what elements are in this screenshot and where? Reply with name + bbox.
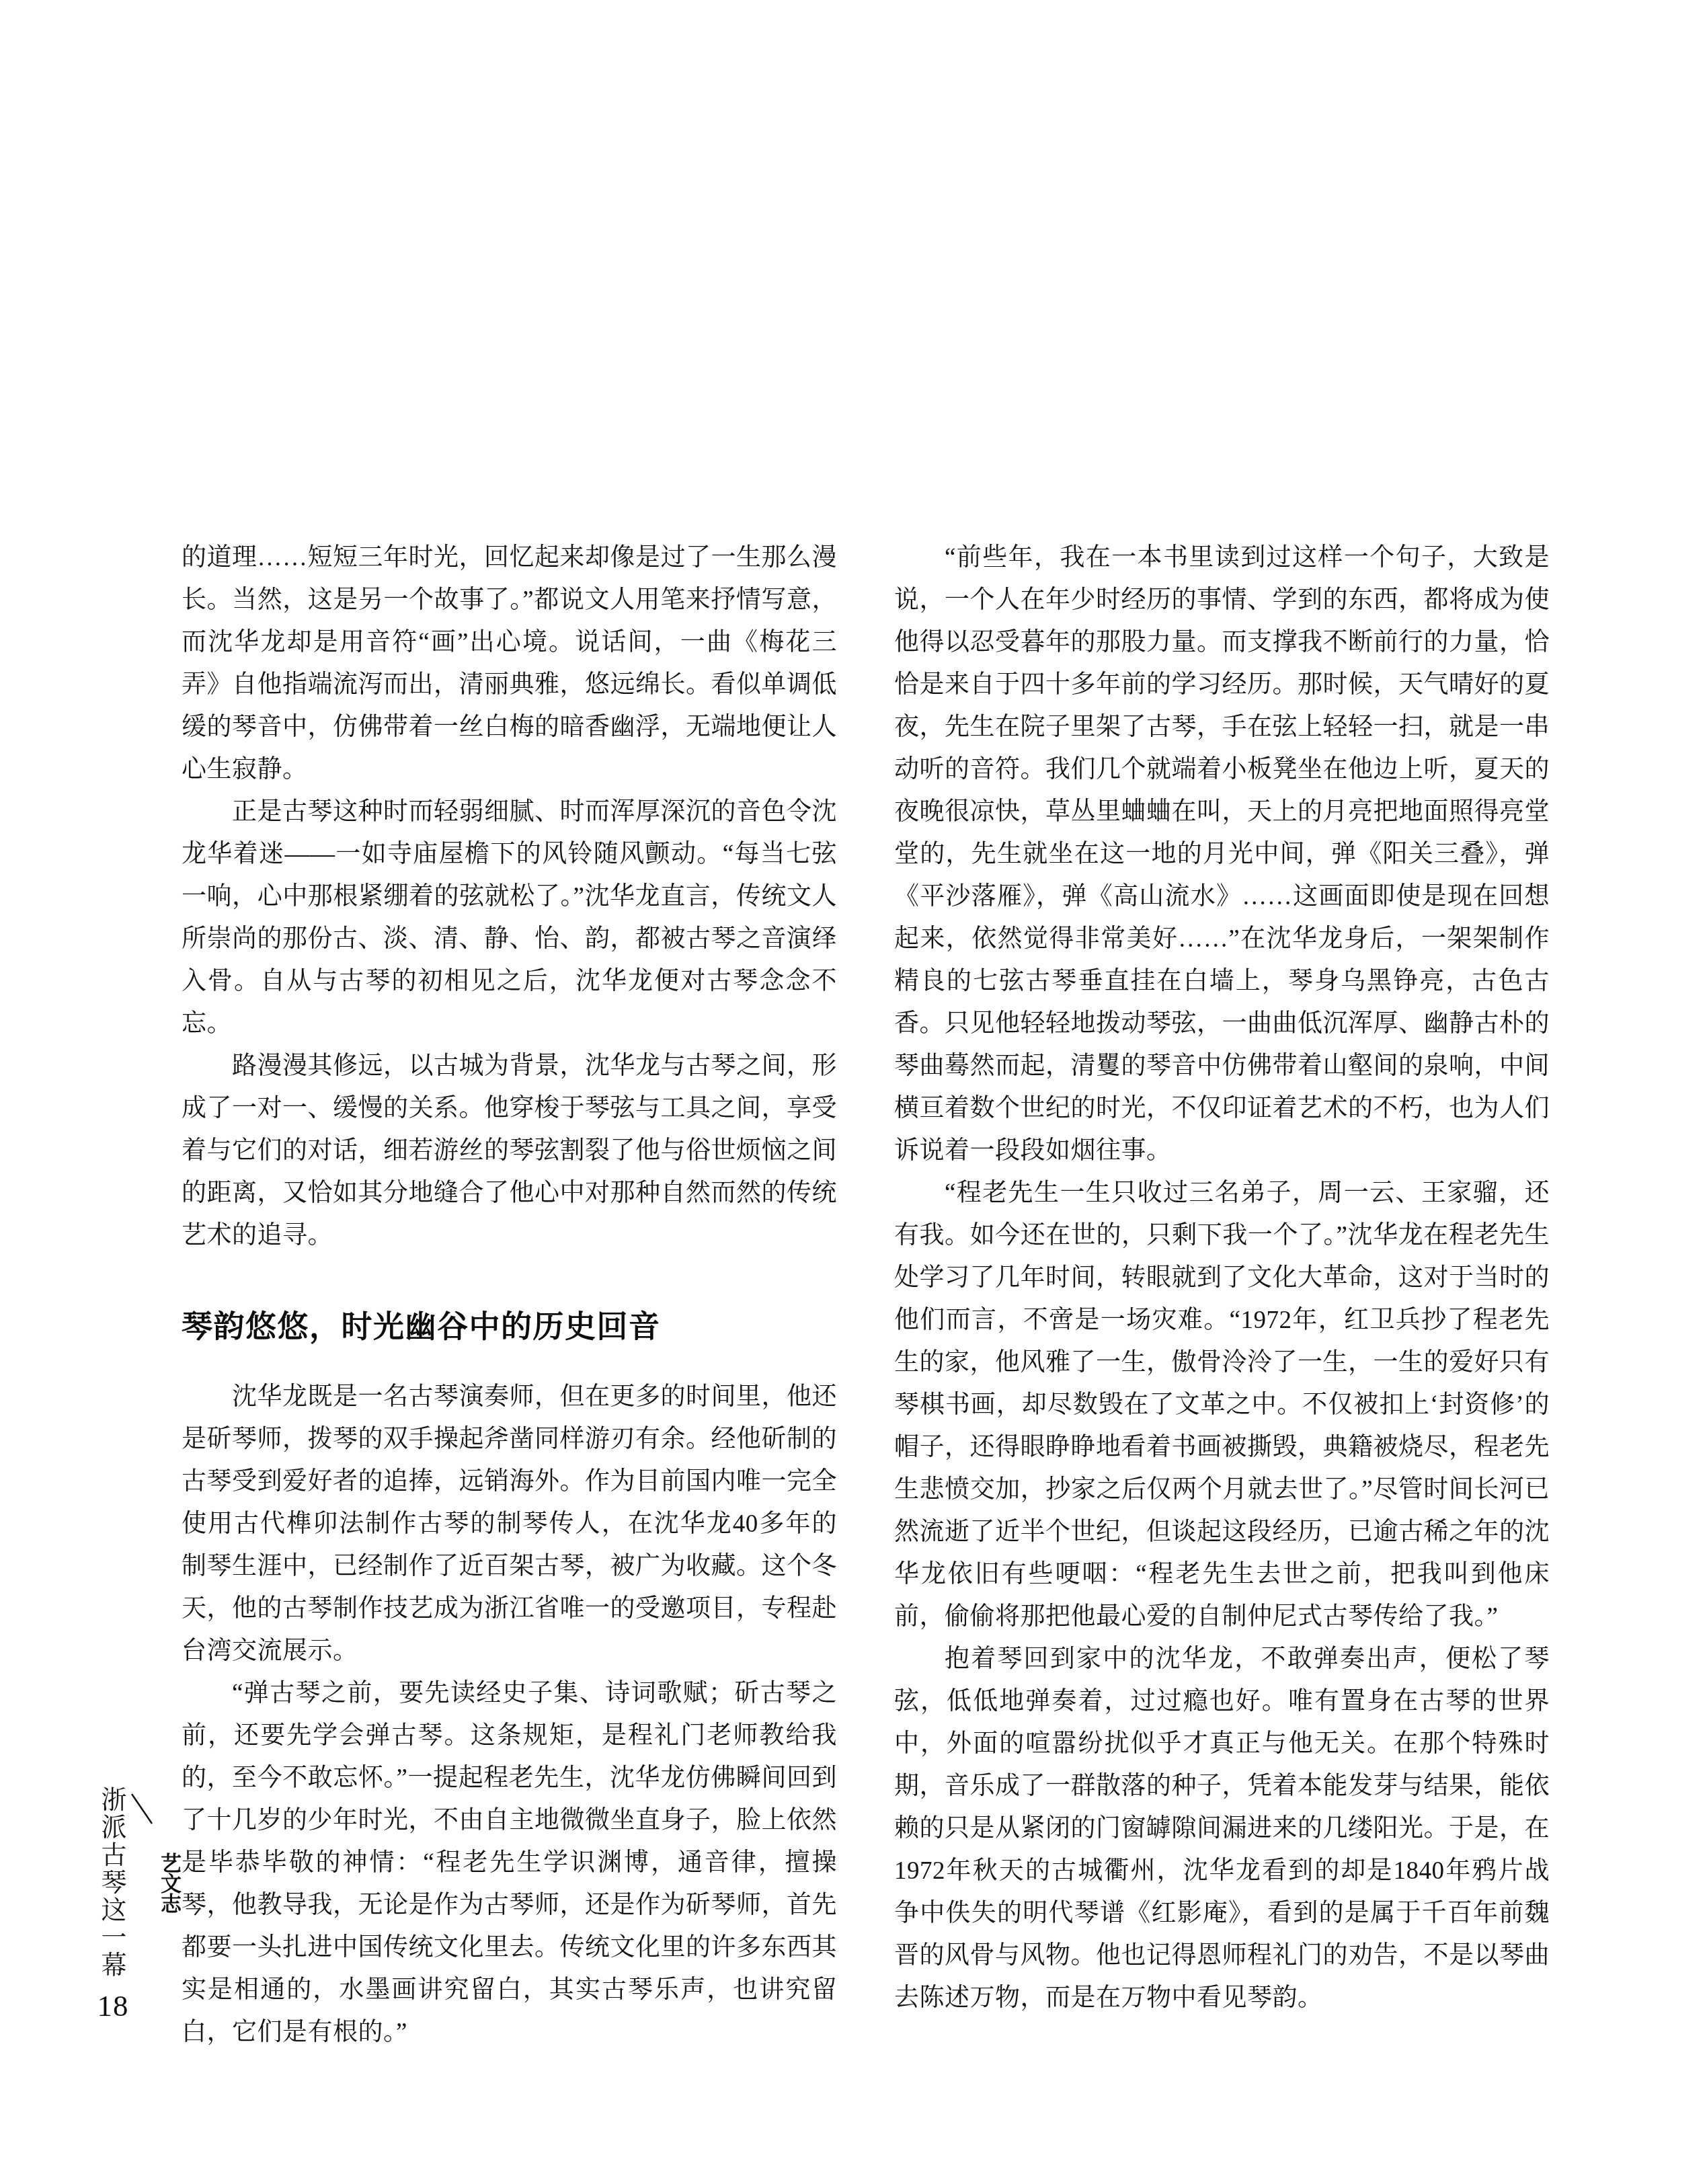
sidebar: 艺文志 浙派古琴这一幕 18 [93, 1786, 133, 2023]
sidebar-vertical-caption: 艺文志 浙派古琴这一幕 [93, 1786, 184, 1979]
section-heading: 琴韵悠悠，时光幽谷中的历史回音 [182, 1305, 837, 1348]
body-paragraph: 抱着琴回到家中的沈华龙，不敢弹奏出声，便松了琴弦，低低地弹奏着，过过瘾也好。唯有… [894, 1638, 1550, 2019]
left-column: 的道理……短短三年时光，回忆起来却像是过了一生那么漫长。当然，这是另一个故事了。… [182, 537, 837, 2054]
body-paragraph: “前些年，我在一本书里读到过这样一个句子，大致是说，一个人在年少时经历的事情、学… [894, 537, 1550, 1172]
body-paragraph: “程老先生一生只收过三名弟子，周一云、王家骝，还有我。如今还在世的，只剩下我一个… [894, 1172, 1550, 1638]
body-paragraph: “弹古琴之前，要先读经史子集、诗词歌赋；斫古琴之前，还要先学会弹古琴。这条规矩，… [182, 1672, 837, 2054]
body-paragraph: 的道理……短短三年时光，回忆起来却像是过了一生那么漫长。当然，这是另一个故事了。… [182, 537, 837, 791]
right-column: “前些年，我在一本书里读到过这样一个句子，大致是说，一个人在年少时经历的事情、学… [894, 537, 1550, 2054]
section-label: 艺文志 [157, 1852, 181, 1913]
body-paragraph: 路漫漫其修远，以古城为背景，沈华龙与古琴之间，形成了一对一、缓慢的关系。他穿梭于… [182, 1045, 837, 1257]
sidebar-article-title: 浙派古琴这一幕 [97, 1786, 125, 1979]
body-paragraph: 沈华龙既是一名古琴演奏师，但在更多的时间里，他还是斫琴师，拨琴的双手操起斧凿同样… [182, 1376, 837, 1672]
body-paragraph: 正是古琴这种时而轻弱细腻、时而浑厚深沉的音色令沈龙华着迷——一如寺庙屋檐下的风铃… [182, 791, 837, 1045]
magazine-page: 艺文志 浙派古琴这一幕 18 的道理……短短三年时光，回忆起来却像是过了一生那么… [0, 0, 1707, 2184]
article-body: 的道理……短短三年时光，回忆起来却像是过了一生那么漫长。当然，这是另一个故事了。… [182, 537, 1550, 2054]
slash-separator-icon [130, 1791, 154, 1826]
page-number: 18 [93, 1988, 133, 2023]
